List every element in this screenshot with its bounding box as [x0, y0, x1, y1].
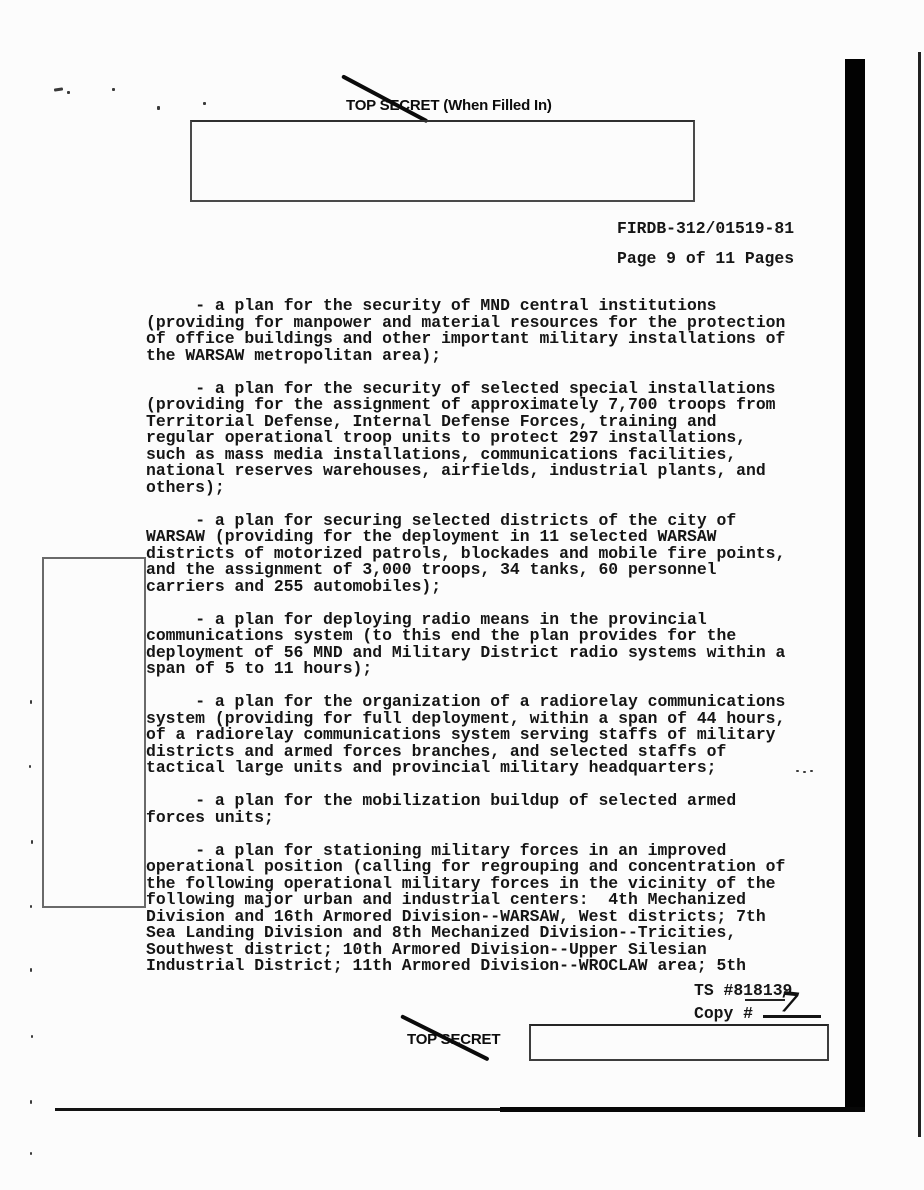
- top-classification-stamp: TOP SECRET (When Filled In): [346, 97, 552, 114]
- document-number: FIRDB-312/01519-81: [617, 221, 794, 238]
- scan-artifact-black-bar: [845, 59, 865, 1111]
- routing-stamp-box: [190, 120, 695, 202]
- document-body: - a plan for the security of MND central…: [146, 298, 814, 975]
- scan-speckle: [30, 1152, 32, 1155]
- scan-speckle: [30, 1100, 32, 1104]
- paragraph: - a plan for stationing military forces …: [146, 843, 814, 975]
- paragraph: - a plan for the organization of a radio…: [146, 694, 814, 777]
- scan-speckle: [810, 770, 813, 772]
- scan-artifact-bottom-rule: [500, 1107, 865, 1112]
- margin-stamp-box: [42, 557, 146, 908]
- scan-speckle: [112, 88, 115, 91]
- scan-speckle: [67, 91, 70, 94]
- paragraph: - a plan for securing selected districts…: [146, 513, 814, 596]
- handwritten-copy-number: 7: [777, 988, 799, 1018]
- scan-artifact-edge-line: [918, 52, 921, 1137]
- footer-stamp-box: [529, 1024, 829, 1061]
- scan-speckle: [30, 905, 32, 908]
- scan-speckle: [157, 106, 160, 110]
- scan-speckle: [203, 102, 206, 105]
- paragraph: - a plan for the security of selected sp…: [146, 381, 814, 497]
- page-number-label: Page 9 of 11 Pages: [617, 251, 794, 268]
- scan-speckle: [30, 968, 32, 972]
- copy-number-line: Copy # 7: [694, 1001, 821, 1023]
- scan-speckle: [796, 770, 799, 772]
- paragraph: - a plan for deploying radio means in th…: [146, 612, 814, 678]
- scanned-document-page: TOP SECRET (When Filled In) FIRDB-312/01…: [0, 0, 924, 1190]
- copy-number-blank: 7: [763, 1001, 821, 1018]
- paragraph: - a plan for the mobilization buildup of…: [146, 793, 814, 826]
- ts-control-number: TS #818139: [694, 983, 792, 1000]
- scan-speckle: [30, 700, 32, 704]
- scan-speckle: [54, 87, 63, 91]
- scan-speckle: [31, 840, 33, 844]
- copy-number-label: Copy #: [694, 1004, 763, 1023]
- paragraph: - a plan for the security of MND central…: [146, 298, 814, 364]
- scan-speckle: [31, 1035, 33, 1038]
- scan-speckle: [29, 765, 31, 768]
- scan-speckle: [803, 771, 806, 773]
